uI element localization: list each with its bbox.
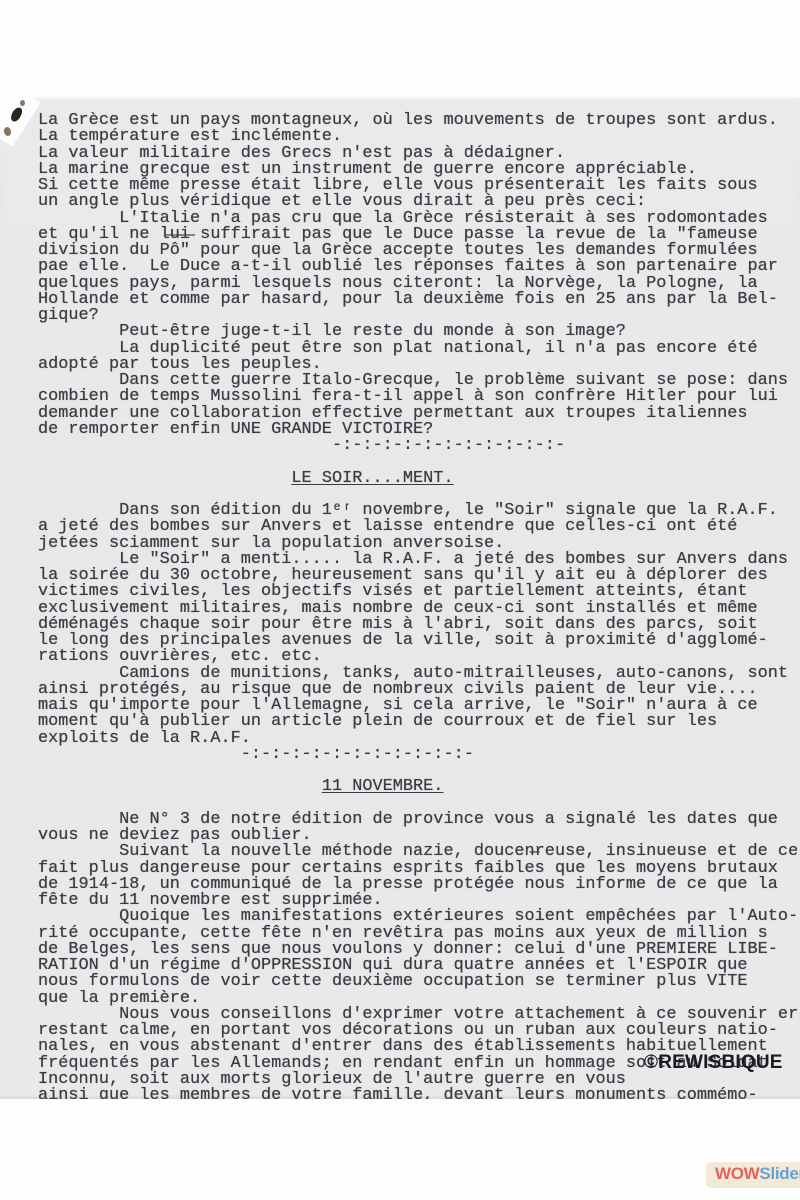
scanned-document-page: La Grèce est un pays montagneux, où les … (0, 97, 800, 1099)
text-line: -:-:-:-:-:-:-:-:-:-:-:- (38, 438, 800, 454)
document-lines: La Grèce est un pays montagneux, où les … (38, 113, 800, 1099)
section-heading: LE SOIR....MENT. (38, 471, 800, 487)
text-line: -:-:-:-:-:-:-:-:-:-:-:- (38, 747, 800, 763)
page: { "page": { "background_color": "#fefefe… (0, 0, 800, 1200)
text-line: ainsi que les membres de votre famille, … (38, 1088, 800, 1099)
section-heading: 11 NOVEMBRE. (38, 779, 800, 795)
paper-blemish (20, 100, 25, 106)
wowslider-slider-label: Slider (759, 1164, 800, 1183)
wowslider-wow-label: WOW (715, 1164, 759, 1183)
text-line: Hollande et comme par hasard, pour la de… (38, 292, 800, 308)
wowslider-watermark[interactable]: WOWSlider (706, 1162, 800, 1188)
rewisbique-watermark: ©REWISBIQUE (644, 1052, 783, 1074)
